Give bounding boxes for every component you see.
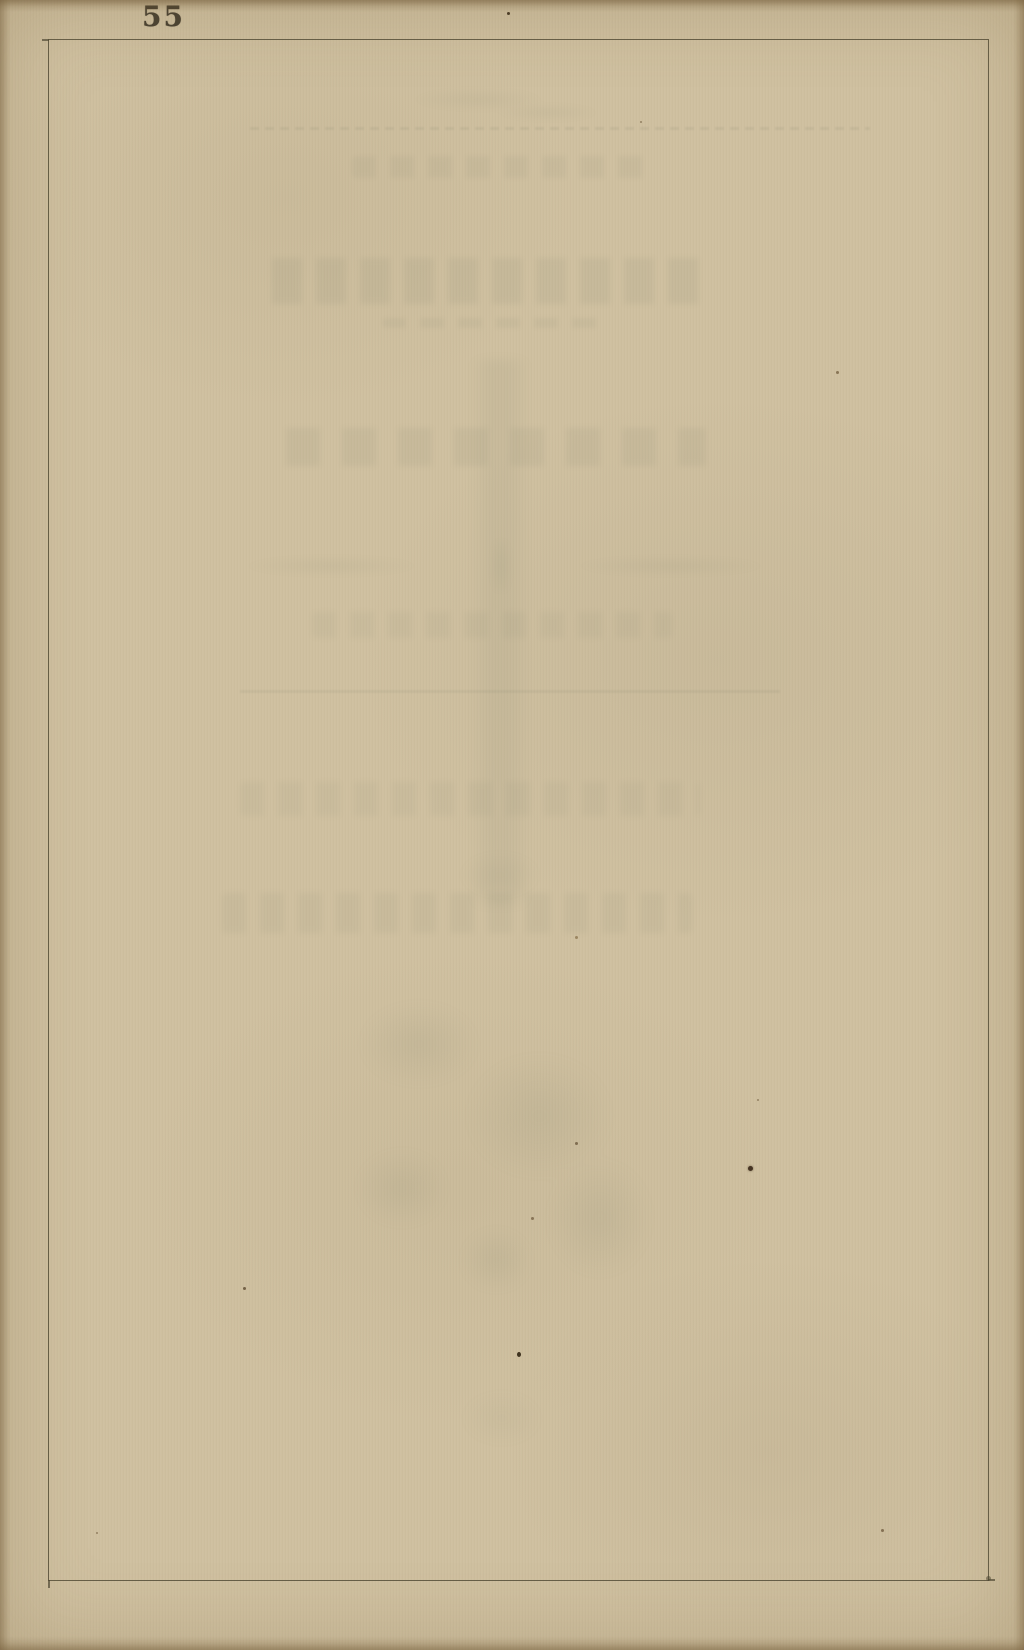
scan-edge-shadow-bottom [0,1636,1024,1650]
scan-edge-shadow-right [1014,0,1024,1650]
frame-corner-overshoot-top-left [42,39,49,41]
page-border-frame [48,39,989,1581]
paper-speck [507,12,510,15]
scan-edge-shadow-left [0,0,10,1650]
page-number: 55 [142,0,185,33]
frame-corner-blot-bottom-right [986,1576,991,1581]
scanned-book-page: 55 [0,0,1024,1650]
frame-corner-overshoot-bottom-left [48,1580,50,1588]
